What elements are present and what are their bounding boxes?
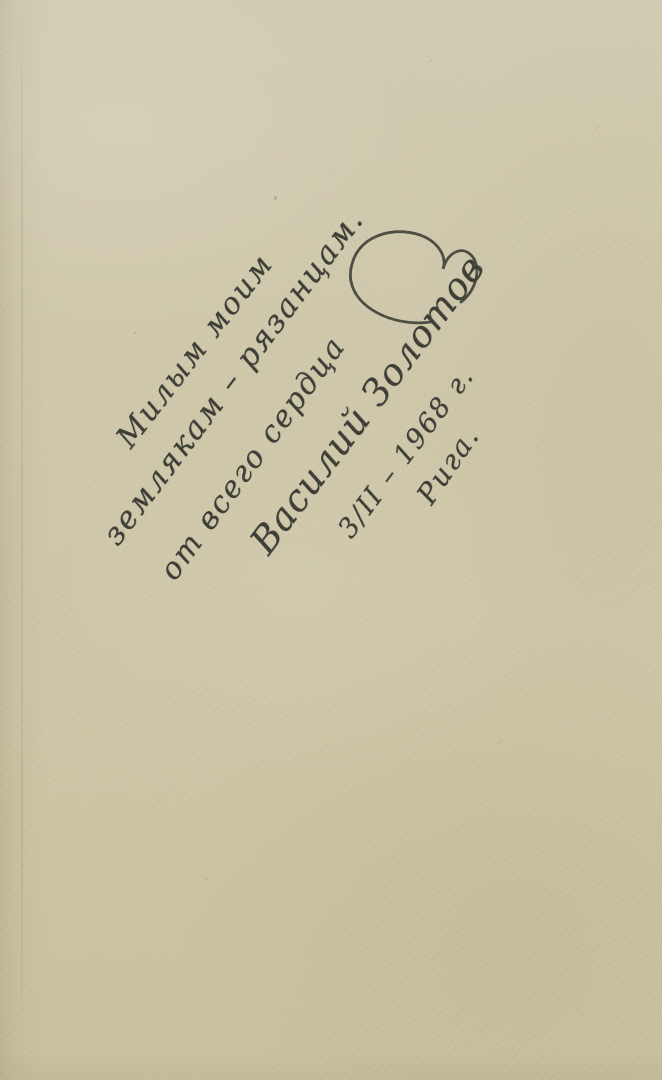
paper-speck: [205, 878, 208, 880]
paper-speck: [134, 332, 136, 334]
paper-speck: [430, 60, 432, 62]
paper-speck: [274, 196, 277, 200]
bottom-shadow: [0, 1052, 662, 1080]
handwritten-inscription: Милым моим землякам – рязанцам. от всего…: [32, 139, 588, 731]
scanned-page: Милым моим землякам – рязанцам. от всего…: [0, 0, 662, 1080]
paper-speck: [498, 742, 500, 744]
page-crease: [21, 0, 23, 1080]
paper-speck: [596, 127, 598, 129]
